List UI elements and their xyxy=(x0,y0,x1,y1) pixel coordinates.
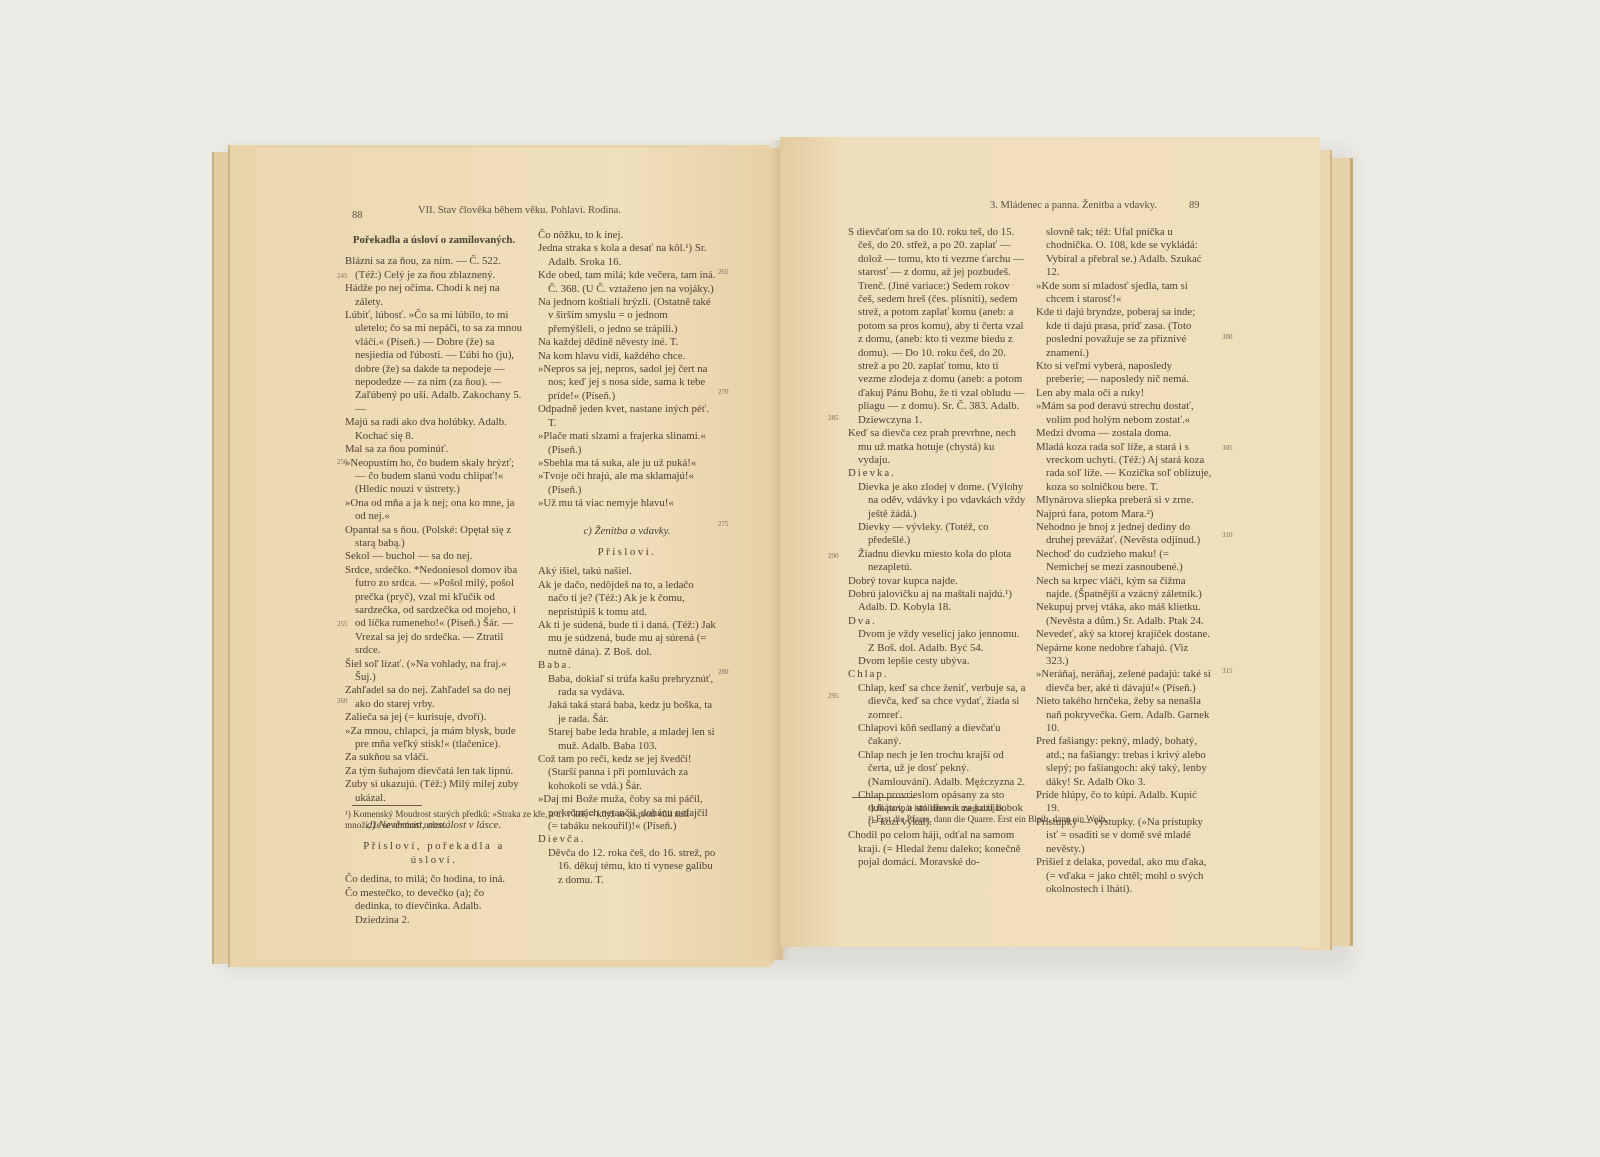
line-number: 290 xyxy=(828,552,839,560)
entry: Dievky — vývleky. (Totéž, co předešlé.) xyxy=(848,521,1026,548)
line-number: 255 xyxy=(337,620,348,628)
entry: Zuby si ukazujú. (Též:) Milý milej zuby … xyxy=(345,778,523,805)
entry: Žiadnu dievku miesto kola do plota nezap… xyxy=(848,548,1026,575)
line-number: 280 xyxy=(718,668,729,676)
category-heading: Dva. xyxy=(848,615,1026,628)
entry: Na kom hlavu vidí, každého chce. xyxy=(538,350,716,363)
line-number: 295 xyxy=(828,692,839,700)
entry: Chlap nech je len trochu krajší od čerta… xyxy=(848,749,1026,789)
entry: »Mám sa pod deravú strechu dostať, volím… xyxy=(1036,400,1212,427)
right-running-head: 3. Mládenec a panna. Ženitba a vdavky. xyxy=(990,200,1157,211)
left-running-head: VII. Stav člověka během věku. Pohlaví. R… xyxy=(418,205,621,216)
category-heading: Chlap. xyxy=(848,668,1026,681)
section-heading: Pořekadla a úsloví o zamilovaných. xyxy=(345,234,523,247)
entry: Zahľadel sa do nej. Zahľadel sa do nej a… xyxy=(345,684,523,711)
entry: Nepárne kone nedobre ťahajú. (Viz 323.) xyxy=(1036,642,1212,669)
entry: Starej babe leda hrable, a mladej len si… xyxy=(538,726,716,753)
line-number: 310 xyxy=(1222,531,1233,539)
entry: Jaká taká stará baba, kedz ju boška, ta … xyxy=(538,699,716,726)
entry: »Ona od mňa a ja k nej; ona ko mne, ja o… xyxy=(345,497,523,524)
entry: »Už mu tá viac nemyje hlavu!« xyxy=(538,497,716,510)
entry-continued: slovně tak; též: Ufal pníčka u chodníčka… xyxy=(1036,226,1212,280)
entry: Mal sa za ňou pominúť. xyxy=(345,443,523,456)
entry: Dievka je ako zlodej v dome. (Výlohy na … xyxy=(848,481,1026,521)
entry: Srdce, srdečko. *Nedoniesol domov iba fu… xyxy=(345,564,523,658)
entry: Prišiel z delaka, povedal, ako mu ďaka, … xyxy=(1036,856,1212,896)
footnote: ¹) Jó paripát istállóban is megtalálják. xyxy=(868,803,1006,814)
entry: Aký išiel, takú našiel. xyxy=(538,565,716,578)
line-number: 250 xyxy=(337,458,348,466)
entry: Hádže po nej očima. Chodí k nej na zálet… xyxy=(345,282,523,309)
entry: Medzi dvoma — zostala doma. xyxy=(1036,427,1212,440)
category-heading: Dievča. xyxy=(538,833,716,846)
entry: Kto si veľmi vyberá, naposledy preberie;… xyxy=(1036,360,1212,387)
entry: »Kde som si mladosť sjedla, tam si chcem… xyxy=(1036,280,1212,307)
entry: Blázni sa za ňou, za ním. — Č. 522. (Též… xyxy=(345,255,523,282)
entry: »Neráňaj, neráňaj, zelené padajú: také s… xyxy=(1036,668,1212,695)
entry: Za sukňou sa vláči. xyxy=(345,751,523,764)
entry: S dievčaťom sa do 10. roku teš, do 15. č… xyxy=(848,226,1026,427)
section-heading-c: c) Ženitba a vdavky. xyxy=(538,525,716,538)
line-number: 270 xyxy=(718,388,729,396)
entry: Děvča do 12. roka češ, do 16. strež, po … xyxy=(538,847,716,887)
entry: Ak ti je súdená, bude ti i daná. (Též:) … xyxy=(538,619,716,659)
entry: Dobrý tovar kupca najde. xyxy=(848,575,1026,588)
entry: Což tam po reči, kedz se jej švedčí! (St… xyxy=(538,753,716,793)
entry: Odpadně jeden kvet, nastane iných péť. T… xyxy=(538,403,716,430)
entry: Nehodno je hnoj z jednej dediny do druhe… xyxy=(1036,521,1212,548)
entry: Opantal sa s ňou. (Polské: Opętał się z … xyxy=(345,524,523,551)
entry: Za tým šuhajom dievčatá len tak lipnú. xyxy=(345,765,523,778)
entry: »Tvoje oči hrajú, ale ma sklamajú!« (Pís… xyxy=(538,470,716,497)
entry: »Sbehla ma tá suka, ale ju už puká!« xyxy=(538,457,716,470)
entry: »Plače mati slzami a frajerka slinami.« … xyxy=(538,430,716,457)
category-heading: Baba. xyxy=(538,659,716,672)
entry: Kde obed, tam milá; kde večera, tam iná.… xyxy=(538,269,716,296)
line-number: 275 xyxy=(718,520,729,528)
footnote: ¹) Komenský Moudrost starých předků: »St… xyxy=(345,809,715,831)
entry: Jedna straka s kola a desať na kôl.¹) Sr… xyxy=(538,242,716,269)
entry: Najprú fara, potom Mara.²) xyxy=(1036,508,1212,521)
entry: Mlynárova sliepka preberá si v zrne. xyxy=(1036,494,1212,507)
entry: Dvom lepšie cesty ubýva. xyxy=(848,655,1026,668)
line-number: 285 xyxy=(828,414,839,422)
entry: Baba, dokiaľ si trúfa kašu prehryznúť, r… xyxy=(538,673,716,700)
entry: Dobrú jalovičku aj na maštali najdú.¹) A… xyxy=(848,588,1026,615)
footnote-rule xyxy=(352,805,422,806)
line-number: 260 xyxy=(337,697,348,705)
line-number: 300 xyxy=(1222,333,1233,341)
line-number: 265 xyxy=(718,268,729,276)
subsection-heading: Přísloví, pořekadla a úsloví. xyxy=(345,840,523,867)
entry: Keď sa dievča cez prah prevrhne, nech mu… xyxy=(848,427,1026,467)
entry: »Nepros sa jej, nepros, sadol jej čert n… xyxy=(538,363,716,403)
entry: Pred fašiangy: pekný, mladý, bohatý, atd… xyxy=(1036,735,1212,789)
right-column-2: slovně tak; též: Ufal pníčka u chodníčka… xyxy=(1036,226,1212,896)
entry: Nekupuj prvej vtáka, ako máš klietku. (N… xyxy=(1036,601,1212,628)
entry: Nechoď do cudzieho maku! (= Nemichej se … xyxy=(1036,548,1212,575)
entry: Chlapovi kôň sedlaný a dievčaťu čakaný. xyxy=(848,722,1026,749)
line-number: 305 xyxy=(1222,444,1233,452)
entry: Čo dedina, to milá; čo hodina, to iná. xyxy=(345,873,523,886)
entry: Mladá koza rada soľ líže, a stará i s vr… xyxy=(1036,441,1212,495)
entry: Zalieča sa jej (= kurisuje, dvoří). xyxy=(345,711,523,724)
entry: Nech sa krpec vláči, kým sa čižma najde.… xyxy=(1036,575,1212,602)
left-column-2: Čo nôžku, to k inej. Jedna straka s kola… xyxy=(538,229,716,887)
right-column-1: S dievčaťom sa do 10. roku teš, do 15. č… xyxy=(848,226,1026,870)
entry: Ak je dačo, nedôjdeš na to, a ledačo nač… xyxy=(538,579,716,619)
entry: »Neopustím ho, čo budem skaly hrýzť; — č… xyxy=(345,457,523,497)
entry: Na jednom koštiali hrýzli. (Ostatně také… xyxy=(538,296,716,336)
entry: Nevedeť, aký sa ktorej krajíček dostane. xyxy=(1036,628,1212,641)
subsection-heading: Přísloví. xyxy=(538,546,716,559)
entry: Len aby mala oči a ruky! xyxy=(1036,387,1212,400)
entry: Čo nôžku, to k inej. xyxy=(538,229,716,242)
category-heading: Dievka. xyxy=(848,467,1026,480)
entry: Chodil po celom háji, odťal na samom kra… xyxy=(848,829,1026,869)
entry: Príde hlúpy, čo to kúpi. Adalb. Kupić 19… xyxy=(1036,789,1212,816)
entry: Kde ti dajú bryndze, poberaj sa inde; kd… xyxy=(1036,306,1212,360)
right-page-number: 89 xyxy=(1189,200,1200,211)
footnote: ²) Erst die Pfarre, dann die Quarre. Ers… xyxy=(868,814,1108,825)
entry: »Za mnou, chlapci, ja mám blysk, bude pr… xyxy=(345,725,523,752)
entry: Na každej dědině něvesty iné. T. xyxy=(538,336,716,349)
entry: Chlap, keď sa chce ženiť, verbuje sa, a … xyxy=(848,682,1026,722)
entry: Dvom je vždy veselicj jako jennomu. Z Bo… xyxy=(848,628,1026,655)
entry: Šiel soľ lízať. (»Na vohlady, na fraj.« … xyxy=(345,658,523,685)
line-number: 245 xyxy=(337,272,348,280)
entry: Majú sa radi ako dva holúbky. Adalb. Koc… xyxy=(345,416,523,443)
line-number: 315 xyxy=(1222,667,1233,675)
entry: Čo mestečko, to devečko (a); čo dedinka,… xyxy=(345,887,523,927)
entry: Nieto takého hrnčeka, žeby sa nenašla na… xyxy=(1036,695,1212,735)
entry: Sekol — buchol — sa do nej. xyxy=(345,550,523,563)
footnote-rule xyxy=(852,797,914,798)
entry: Lúbiť, lúbosť. »Čo sa mi lúbilo, to mi u… xyxy=(345,309,523,416)
